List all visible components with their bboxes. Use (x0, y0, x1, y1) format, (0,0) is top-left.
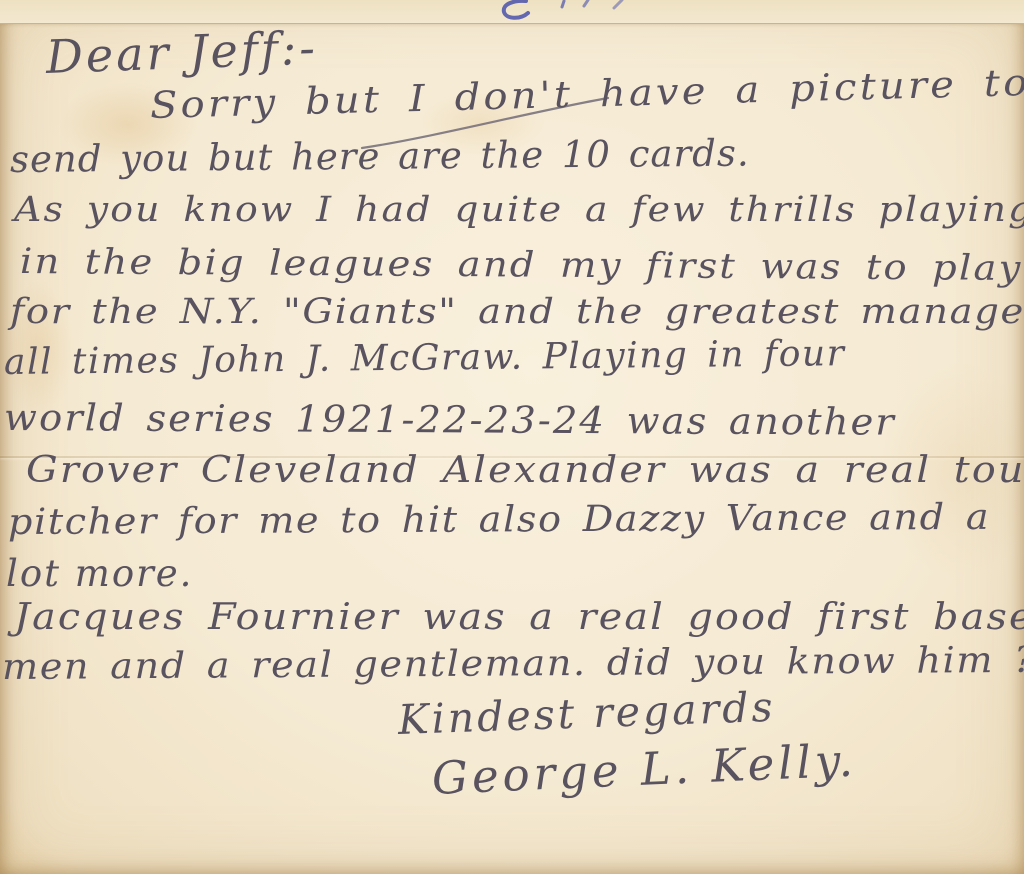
closing: Kindest regards (397, 683, 776, 744)
body-line: As you know I had quite a few thrills pl… (14, 190, 1024, 230)
body-line: men and a real gentleman. did you know h… (2, 640, 1024, 688)
body-line: Jacques Fournier was a real good first b… (14, 597, 1024, 638)
body-line: Grover Cleveland Alexander was a real to… (26, 450, 1024, 491)
body-line: in the big leagues and my first was to p… (20, 242, 1023, 289)
letter-paper: Dear Jeff:- Sorry but I don't have a pic… (0, 0, 1024, 874)
body-line: world series 1921-22-23-24 was another (4, 396, 896, 444)
salutation: Dear Jeff:- (45, 21, 319, 84)
top-fold-crease (0, 0, 1024, 24)
signature: George L. Kelly. (431, 733, 858, 804)
body-line: lot more. (6, 552, 193, 595)
body-line: pitcher for me to hit also Dazzy Vance a… (8, 497, 990, 543)
body-line: send you but here are the 10 cards. (10, 132, 750, 181)
body-line: for the N.Y. "Giants" and the greatest m… (10, 292, 1024, 332)
body-line: all times John J. McGraw. Playing in fou… (4, 333, 846, 383)
